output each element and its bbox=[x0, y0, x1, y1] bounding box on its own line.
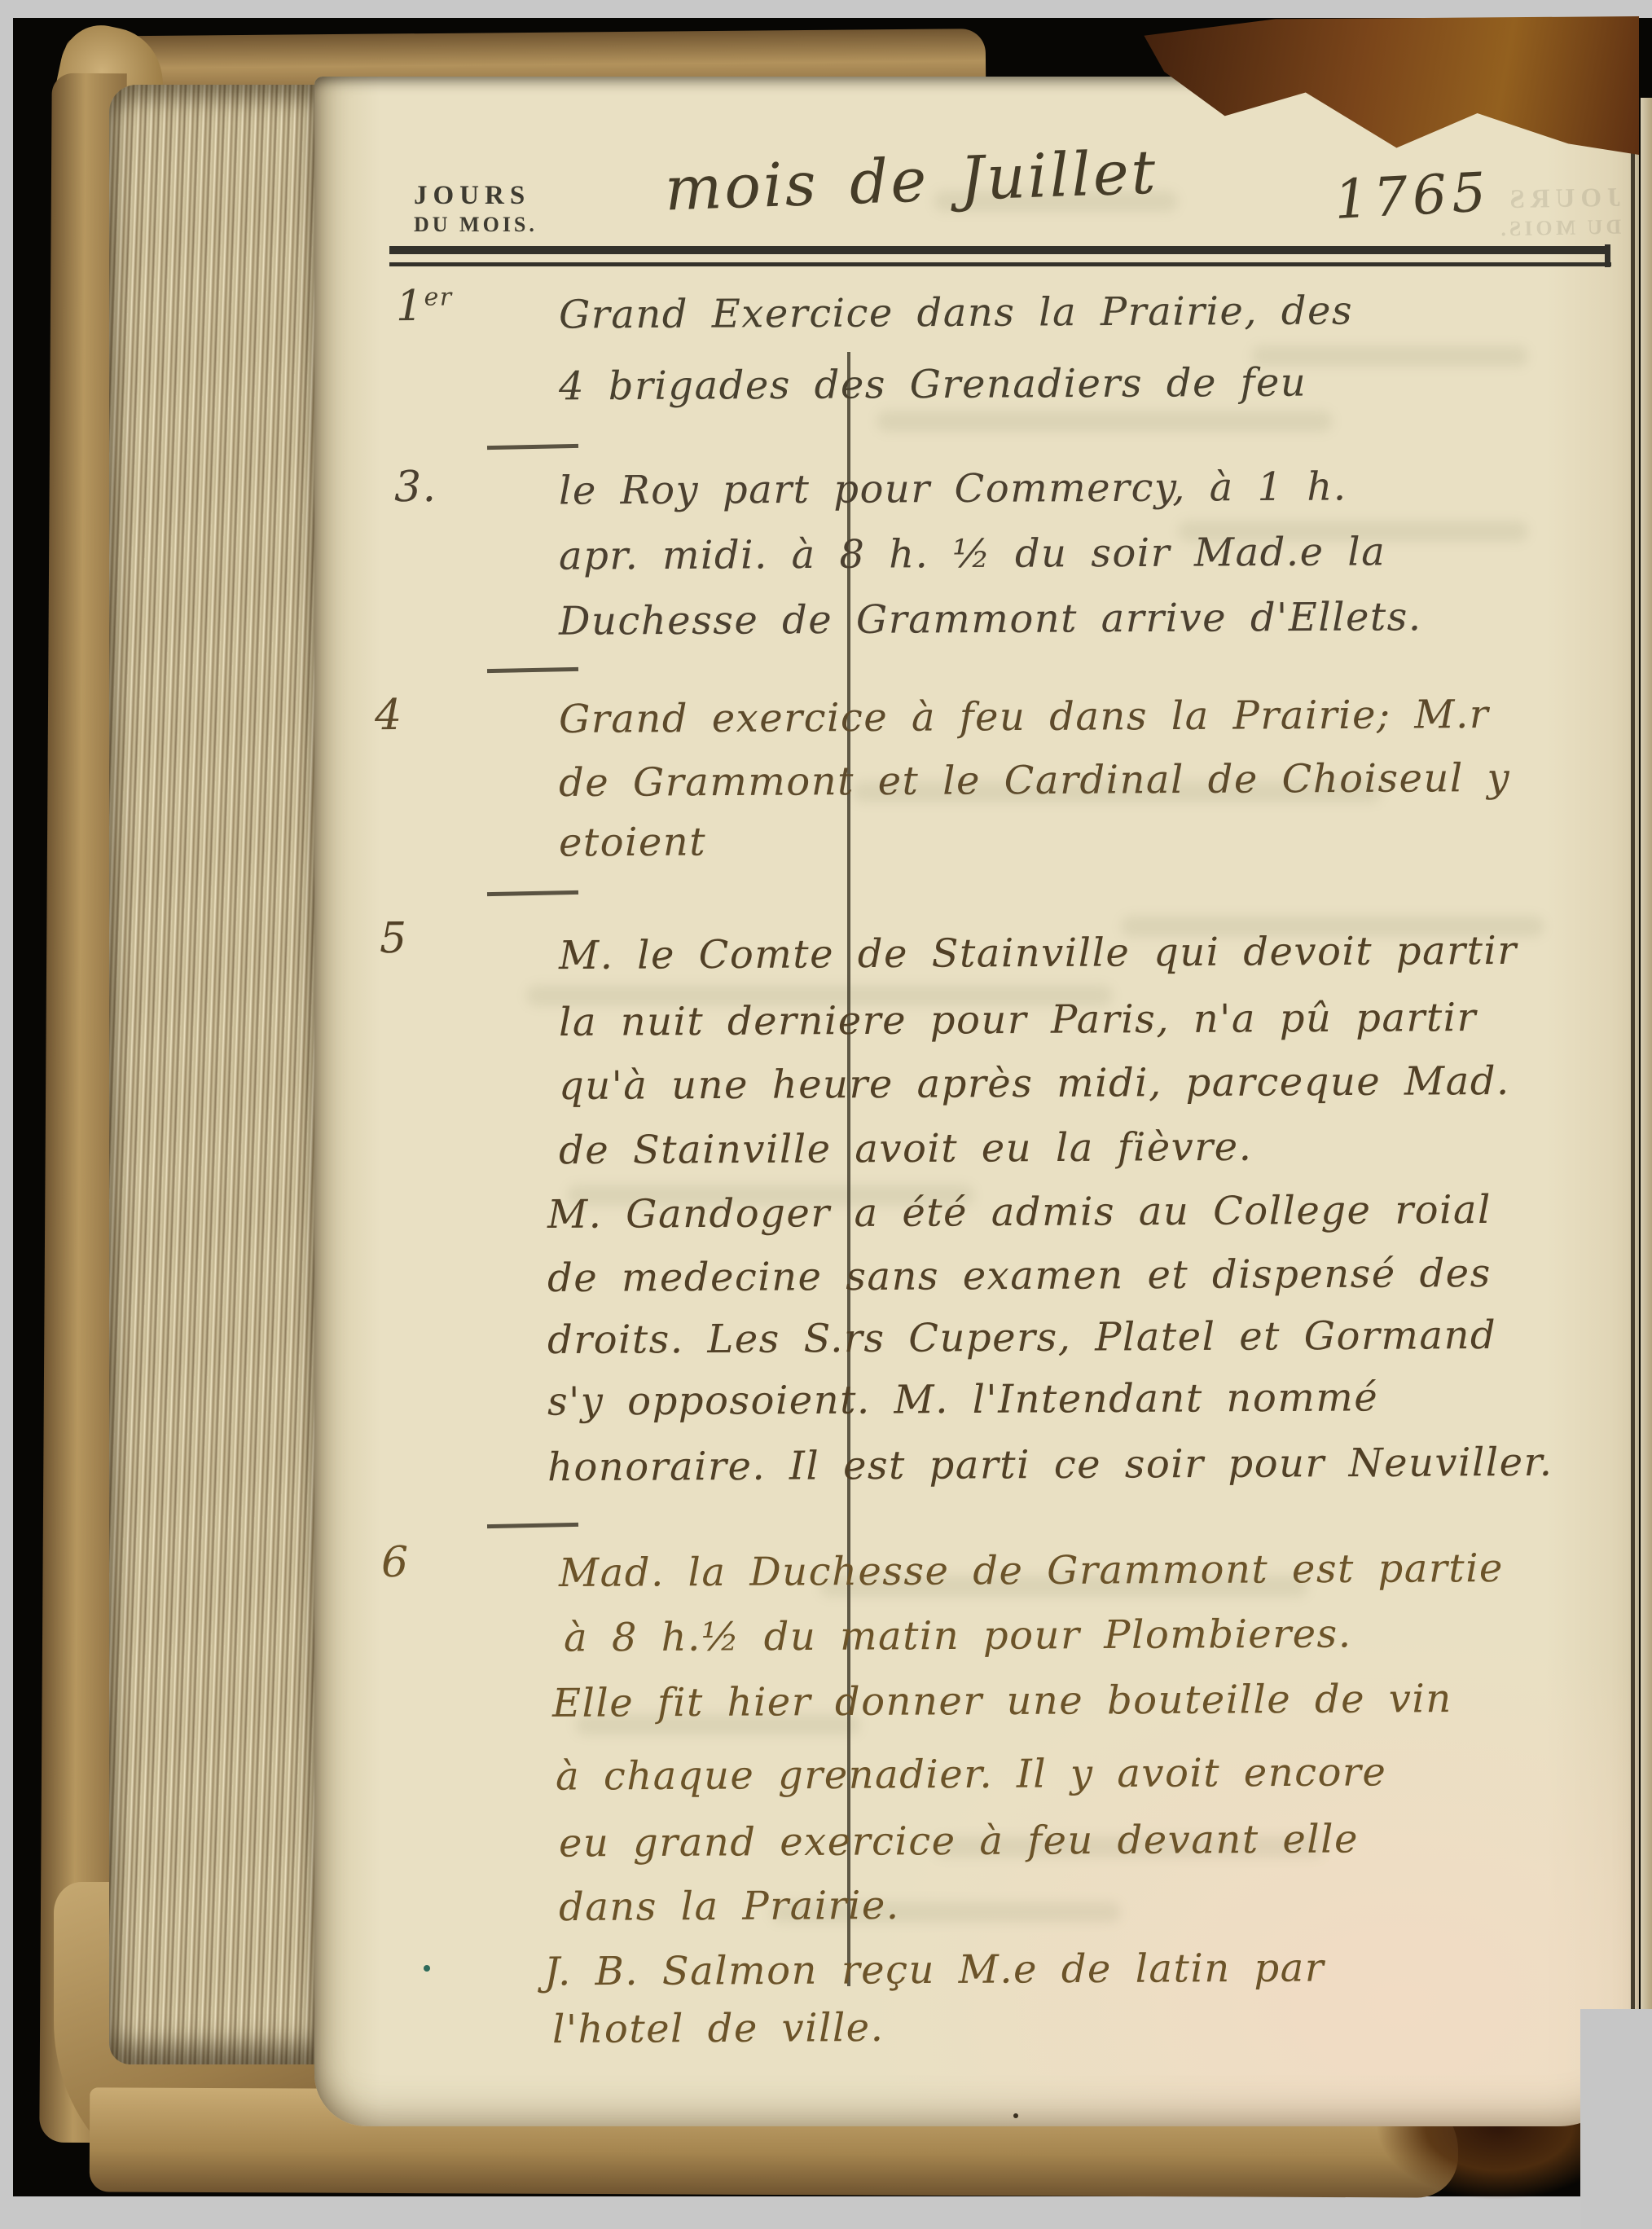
ink-speck bbox=[424, 1965, 430, 1972]
entry-line: l'hotel de ville. bbox=[552, 2005, 885, 2052]
entry-line: de Grammont et le Cardinal de Choiseul y bbox=[559, 755, 1510, 806]
entry-line: de Stainville avoit eu la fièvre. bbox=[559, 1124, 1253, 1173]
day-number: 3. bbox=[394, 463, 437, 512]
column-header-line1: JOURS bbox=[414, 181, 538, 211]
bleed-through-smudge bbox=[877, 411, 1333, 432]
entry-line: Grand exercice à feu dans la Prairie; M.… bbox=[559, 692, 1489, 742]
entry-line: etoient bbox=[559, 820, 706, 866]
entry-line: droits. Les S.rs Cupers, Platel et Gorma… bbox=[547, 1312, 1496, 1363]
entry-line: à 8 h.½ du matin pour Plombieres. bbox=[564, 1611, 1352, 1660]
scanned-manuscript: JOURS DU MOIS. mois de Juillet 1765 JOUR… bbox=[0, 0, 1652, 2229]
page-right-edge-shadow bbox=[1631, 122, 1635, 2061]
entry-line: 4 brigades des Grenadiers de feu bbox=[559, 360, 1307, 410]
entry-line: Mad. la Duchesse de Grammont est partie bbox=[559, 1545, 1504, 1596]
entry-line: s'y opposoient. M. l'Intendant nommé bbox=[547, 1374, 1378, 1424]
ink-speck bbox=[1013, 2113, 1018, 2118]
year-handwritten: 1765 bbox=[1333, 160, 1492, 231]
entry-separator-tick bbox=[487, 444, 578, 450]
entry-line: Duchesse de Grammont arrive d'Ellets. bbox=[559, 594, 1422, 644]
mirrored-bleed-header: JOURS DU MOIS. bbox=[1496, 183, 1621, 242]
adjacent-page-edge bbox=[1641, 98, 1652, 2134]
entry-line: à chaque grenadier. Il y avoit encore bbox=[556, 1749, 1387, 1799]
entry-separator-tick bbox=[487, 1523, 578, 1528]
header-rule-thin bbox=[389, 262, 1611, 266]
day-number: 5 bbox=[380, 914, 408, 963]
day-number: 6 bbox=[381, 1538, 410, 1587]
entry-line: M. Gandoger a été admis au College roial bbox=[547, 1187, 1492, 1238]
entry-line: le Roy part pour Commercy, à 1 h. bbox=[559, 464, 1347, 513]
entry-line: de medecine sans examen et dispensé des bbox=[547, 1251, 1492, 1301]
day-number: 4 bbox=[375, 691, 403, 740]
entry-line: dans la Prairie. bbox=[559, 1883, 900, 1930]
entry-separator-tick bbox=[487, 890, 578, 896]
column-header-line2: DU MOIS. bbox=[414, 213, 538, 237]
entry-line: qu'à une heure après midi, parceque Mad. bbox=[559, 1058, 1510, 1109]
header-rule-hook bbox=[1605, 244, 1610, 267]
scanner-bed-corner bbox=[1580, 2009, 1652, 2229]
entry-separator-tick bbox=[487, 667, 578, 673]
entry-line: apr. midi. à 8 h. ½ du soir Mad.e la bbox=[559, 529, 1386, 578]
entry-line: M. le Comte de Stainville qui devoit par… bbox=[559, 928, 1518, 978]
entry-line: la nuit derniere pour Paris, n'a pû part… bbox=[559, 995, 1477, 1045]
column-header-printed: JOURS DU MOIS. bbox=[414, 181, 538, 237]
entry-line: Elle fit hier donner une bouteille de vi… bbox=[552, 1676, 1452, 1726]
day-number: 1er bbox=[396, 282, 453, 331]
entry-line: J. B. Salmon reçu M.e de latin par bbox=[544, 1945, 1325, 1994]
entry-line: eu grand exercice à feu devant elle bbox=[559, 1816, 1359, 1866]
header-rule-thick bbox=[389, 246, 1608, 254]
page-fore-edge-stack bbox=[109, 85, 319, 2064]
manuscript-page: JOURS DU MOIS. mois de Juillet 1765 JOUR… bbox=[314, 77, 1639, 2126]
entry-line: honoraire. Il est parti ce soir pour Neu… bbox=[547, 1440, 1553, 1490]
entry-line: Grand Exercice dans la Prairie, des bbox=[559, 288, 1353, 337]
